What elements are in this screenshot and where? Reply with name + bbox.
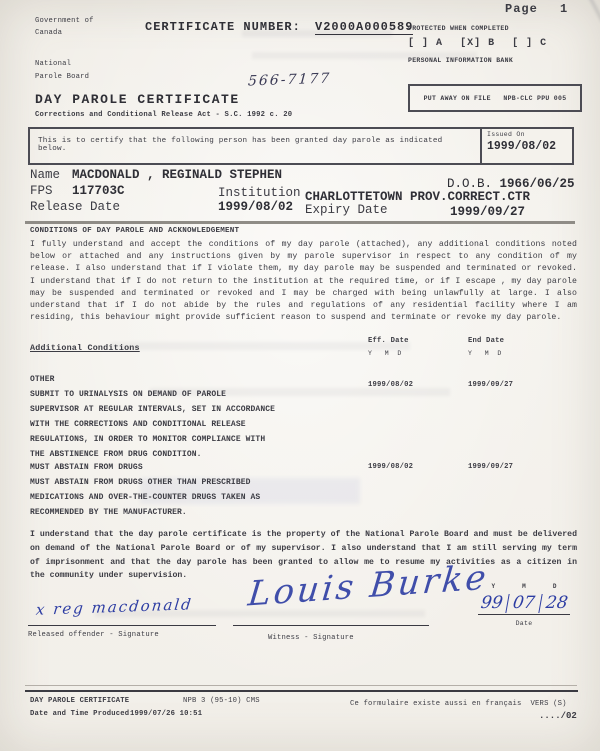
condition-text: SUBMIT TO URINALYSIS ON DEMAND OF PAROLE…: [30, 387, 275, 462]
issued-on-box: Issued On 1999/08/02: [480, 127, 574, 165]
government-of-canada: Government of Canada: [35, 15, 94, 39]
signature-date-block: Y M D 99 07 28 Date: [478, 583, 570, 627]
condition-line: MEDICATIONS AND OVER-THE-COUNTER DRUGS T…: [30, 490, 260, 505]
offender-signature: x reg macdonald: [35, 595, 194, 619]
certificate-number-value: V2000A000589: [315, 20, 413, 35]
scan-artifact: [586, 0, 600, 22]
expiry-date-value: 1999/09/27: [450, 205, 525, 219]
act-subtitle: Corrections and Conditional Release Act …: [35, 111, 292, 119]
page-label: Page: [505, 2, 538, 16]
handwritten-file-number: 566-7177: [247, 71, 331, 90]
checkbox-b: [X] B: [460, 38, 502, 49]
checkbox-c-box: [ ]: [512, 38, 533, 49]
institution-value: CHARLOTTETOWN PROV.CORRECT.CTR: [305, 190, 530, 204]
condition-end-date: 1999/09/27: [468, 381, 513, 389]
condition-line: SUBMIT TO URINALYSIS ON DEMAND OF PAROLE: [30, 387, 275, 402]
end-date-column-header: End Date: [468, 337, 504, 345]
personal-information-bank: PERSONAL INFORMATION BANK: [408, 57, 513, 64]
gov-line2: Canada: [35, 27, 94, 39]
issued-on-label: Issued On: [487, 131, 567, 138]
condition-eff-date: 1999/08/02: [368, 381, 413, 389]
condition-text: MUST ABSTAIN FROM DRUGS OTHER THAN PRESC…: [30, 475, 260, 520]
page-number: Page 1: [505, 2, 568, 16]
fps-label: FPS: [30, 184, 53, 198]
checkbox-a-label: A: [436, 38, 443, 49]
footer-french-note: Ce formulaire existe aussi en français V…: [350, 700, 567, 708]
dob-label: D.O.B.: [447, 177, 492, 191]
date-header-d: D: [553, 583, 557, 590]
scan-artifact: [110, 342, 410, 350]
checkbox-c: [ ] C: [512, 38, 547, 49]
footer-doc-title: DAY PAROLE CERTIFICATE: [30, 697, 129, 705]
condition-title: MUST ABSTAIN FROM DRUGS: [30, 460, 143, 475]
offender-signature-label: Released offender - Signature: [28, 631, 159, 639]
expiry-date-label: Expiry Date: [305, 203, 388, 217]
checkbox-a-box: [ ]: [408, 38, 429, 49]
certify-statement: This is to certify that the following pe…: [38, 137, 468, 153]
condition-eff-date: 1999/08/02: [368, 463, 413, 471]
page-number-value: 1: [560, 2, 568, 16]
document-title: DAY PAROLE CERTIFICATE: [35, 92, 240, 107]
agency-line1: National: [35, 58, 89, 71]
certificate-number-label: CERTIFICATE NUMBER:: [145, 20, 301, 34]
condition-title: OTHER: [30, 372, 55, 387]
condition-line: MUST ABSTAIN FROM DRUGS OTHER THAN PRESC…: [30, 475, 260, 490]
classification-checkboxes: [ ] A [X] B [ ] C: [408, 38, 547, 49]
date-ymd-header: Y M D: [478, 583, 570, 590]
end-date-ymd: Y M D: [468, 350, 502, 357]
certificate-number: CERTIFICATE NUMBER: V2000A000589: [145, 20, 413, 34]
gov-line1: Government of: [35, 15, 94, 27]
condition-line: SUPERVISOR AT REGULAR INTERVALS, SET IN …: [30, 402, 275, 417]
offender-signature-line: [28, 625, 216, 626]
additional-conditions-heading: Additional Conditions: [30, 343, 140, 353]
conditions-heading: CONDITIONS OF DAY PAROLE AND ACKNOWLEDGE…: [30, 227, 239, 235]
section-divider: [25, 221, 575, 224]
witness-signature-label: Witness - Signature: [268, 634, 354, 642]
condition-line: WITH THE CORRECTIONS AND CONDITIONAL REL…: [30, 417, 275, 432]
name-value: MACDONALD , REGINALD STEPHEN: [72, 168, 282, 182]
date-separator: [505, 594, 509, 613]
date-header-m: M: [522, 583, 526, 590]
checkbox-a: [ ] A: [408, 38, 450, 49]
checkbox-c-label: C: [540, 38, 547, 49]
checkbox-b-box: [X]: [460, 38, 481, 49]
checkbox-b-label: B: [488, 38, 495, 49]
eff-date-ymd: Y M D: [368, 350, 402, 357]
footer-page-marker: ..../02: [539, 711, 577, 721]
name-label: Name: [30, 168, 60, 182]
condition-line: REGULATIONS, IN ORDER TO MONITOR COMPLIA…: [30, 432, 275, 447]
footer-thin-rule: [25, 685, 577, 686]
footer-produced-label: Date and Time Produced: [30, 710, 129, 718]
handwritten-date: 99 07 28: [478, 593, 570, 613]
institution-label: Institution: [218, 186, 301, 200]
national-parole-board: National Parole Board: [35, 58, 89, 84]
dob: D.O.B. 1966/06/25: [447, 177, 575, 191]
witness-signature-line: [233, 625, 429, 626]
eff-date-column-header: Eff. Date: [368, 337, 409, 345]
dob-value: 1966/06/25: [500, 177, 575, 191]
footer-heavy-rule: [25, 690, 578, 692]
date-day: 28: [544, 593, 568, 613]
date-label: Date: [478, 620, 570, 627]
condition-end-date: 1999/09/27: [468, 463, 513, 471]
agency-line2: Parole Board: [35, 71, 89, 84]
date-month: 07: [512, 593, 536, 613]
conditions-acknowledgement: I fully understand and accept the condit…: [30, 239, 577, 324]
date-line: [478, 614, 570, 615]
release-date-value: 1999/08/02: [218, 200, 293, 214]
condition-line: RECOMMENDED BY THE MANUFACTURER.: [30, 505, 260, 520]
put-away-on-file-text: PUT AWAY ON FILE NPB-CLC PPU 005: [424, 95, 567, 102]
date-header-y: Y: [492, 583, 496, 590]
put-away-on-file-box: PUT AWAY ON FILE NPB-CLC PPU 005: [408, 84, 582, 112]
release-date-label: Release Date: [30, 200, 120, 214]
fps-value: 117703C: [72, 184, 125, 198]
certify-box: This is to certify that the following pe…: [28, 127, 574, 165]
scanned-day-parole-certificate: Page 1 Government of Canada CERTIFICATE …: [0, 0, 600, 751]
date-year: 99: [479, 593, 503, 613]
footer-produced-value: 1999/07/26 10:51: [130, 710, 202, 718]
date-separator: [538, 594, 542, 613]
issued-on-date: 1999/08/02: [487, 140, 567, 153]
protected-note: PROTECTED WHEN COMPLETED: [408, 25, 509, 32]
footer-form-code: NPB 3 (95-10) CMS: [183, 697, 260, 705]
